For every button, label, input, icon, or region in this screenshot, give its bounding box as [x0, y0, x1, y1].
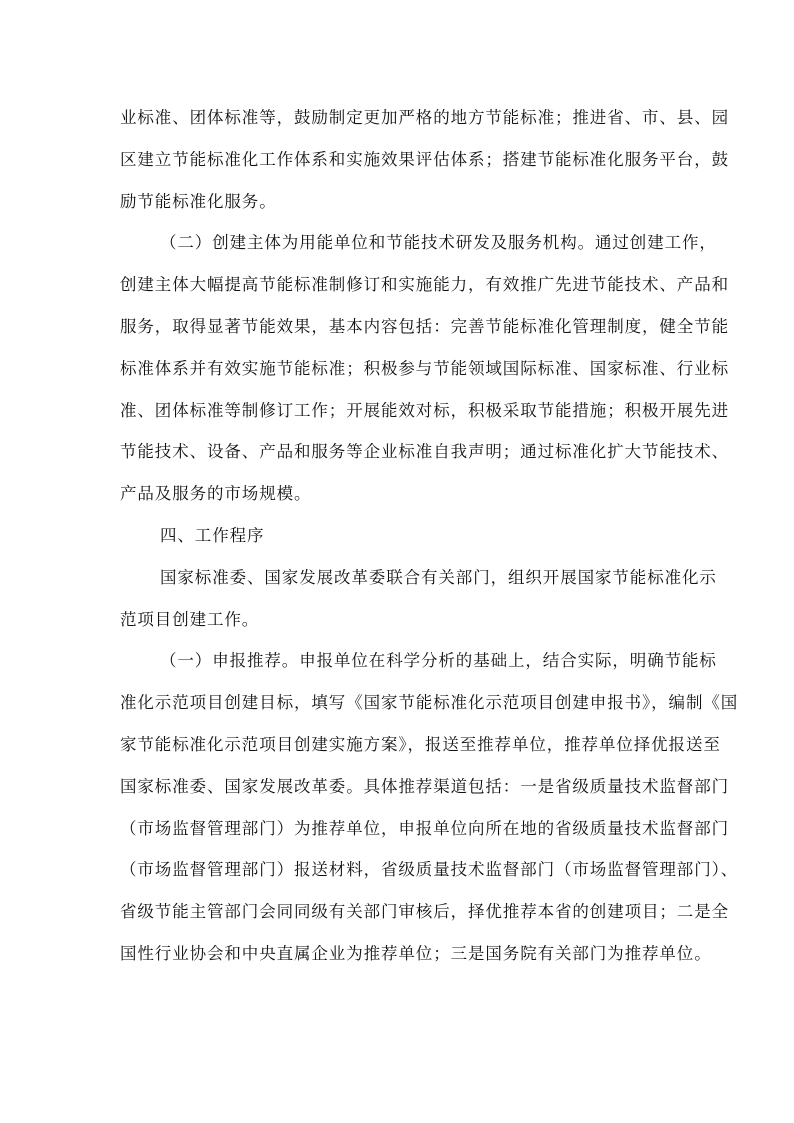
- paragraph-creation-subject: （二）创建主体为用能单位和节能技术研发及服务机构。通过创建工作， 创建主体大幅提…: [120, 229, 680, 522]
- text-line: 家节能标准化示范项目创建实施方案》，报送至推荐单位，推荐单位择优报送至: [120, 731, 680, 773]
- section-heading-work-procedure: 四、工作程序: [120, 522, 680, 564]
- text-line: 范项目创建工作。: [120, 606, 680, 648]
- text-line: （市场监督管理部门）报送材料，省级质量技术监督部门（市场监督管理部门）、: [120, 856, 680, 898]
- paragraph-application-recommendation: （一）申报推荐。申报单位在科学分析的基础上，结合实际，明确节能标 准化示范项目创…: [120, 647, 680, 981]
- text-line: 国性行业协会和中央直属企业为推荐单位；三是国务院有关部门为推荐单位。: [120, 940, 680, 982]
- text-line: 节能技术、设备、产品和服务等企业标准自我声明；通过标准化扩大节能技术、: [120, 438, 680, 480]
- section-heading: 四、工作程序: [120, 522, 680, 564]
- paragraph-procedure-intro: 国家标准委、国家发展改革委联合有关部门，组织开展国家节能标准化示 范项目创建工作…: [120, 564, 680, 648]
- document-page: 业标准、团体标准等，鼓励制定更加严格的地方节能标准；推进省、市、县、园 区建立节…: [0, 0, 794, 1123]
- document-body: 业标准、团体标准等，鼓励制定更加严格的地方节能标准；推进省、市、县、园 区建立节…: [120, 104, 680, 982]
- paragraph-standards-continuation: 业标准、团体标准等，鼓励制定更加严格的地方节能标准；推进省、市、县、园 区建立节…: [120, 104, 680, 229]
- text-line: 准、团体标准等制修订工作；开展能效对标，积极采取节能措施；积极开展先进: [120, 397, 680, 439]
- text-line: （市场监督管理部门）为推荐单位，申报单位向所在地的省级质量技术监督部门: [120, 815, 680, 857]
- text-line: 产品及服务的市场规模。: [120, 480, 680, 522]
- text-line: 服务，取得显著节能效果，基本内容包括：完善节能标准化管理制度，健全节能: [120, 313, 680, 355]
- text-line: 区建立节能标准化工作体系和实施效果评估体系；搭建节能标准化服务平台，鼓: [120, 146, 680, 188]
- text-line: 准化示范项目创建目标，填写《国家节能标准化示范项目创建申报书》，编制《国: [120, 689, 680, 731]
- text-line: 省级节能主管部门会同同级有关部门审核后，择优推荐本省的创建项目；二是全: [120, 898, 680, 940]
- text-line: 业标准、团体标准等，鼓励制定更加严格的地方节能标准；推进省、市、县、园: [120, 104, 680, 146]
- text-line: 标准体系并有效实施节能标准；积极参与节能领域国际标准、国家标准、行业标: [120, 355, 680, 397]
- text-line: 创建主体大幅提高节能标准制修订和实施能力，有效推广先进节能技术、产品和: [120, 271, 680, 313]
- text-line: 国家标准委、国家发展改革委。具体推荐渠道包括：一是省级质量技术监督部门: [120, 773, 680, 815]
- text-line: （二）创建主体为用能单位和节能技术研发及服务机构。通过创建工作，: [120, 229, 680, 271]
- text-line: 励节能标准化服务。: [120, 188, 680, 230]
- text-line: 国家标准委、国家发展改革委联合有关部门，组织开展国家节能标准化示: [120, 564, 680, 606]
- text-line: （一）申报推荐。申报单位在科学分析的基础上，结合实际，明确节能标: [120, 647, 680, 689]
